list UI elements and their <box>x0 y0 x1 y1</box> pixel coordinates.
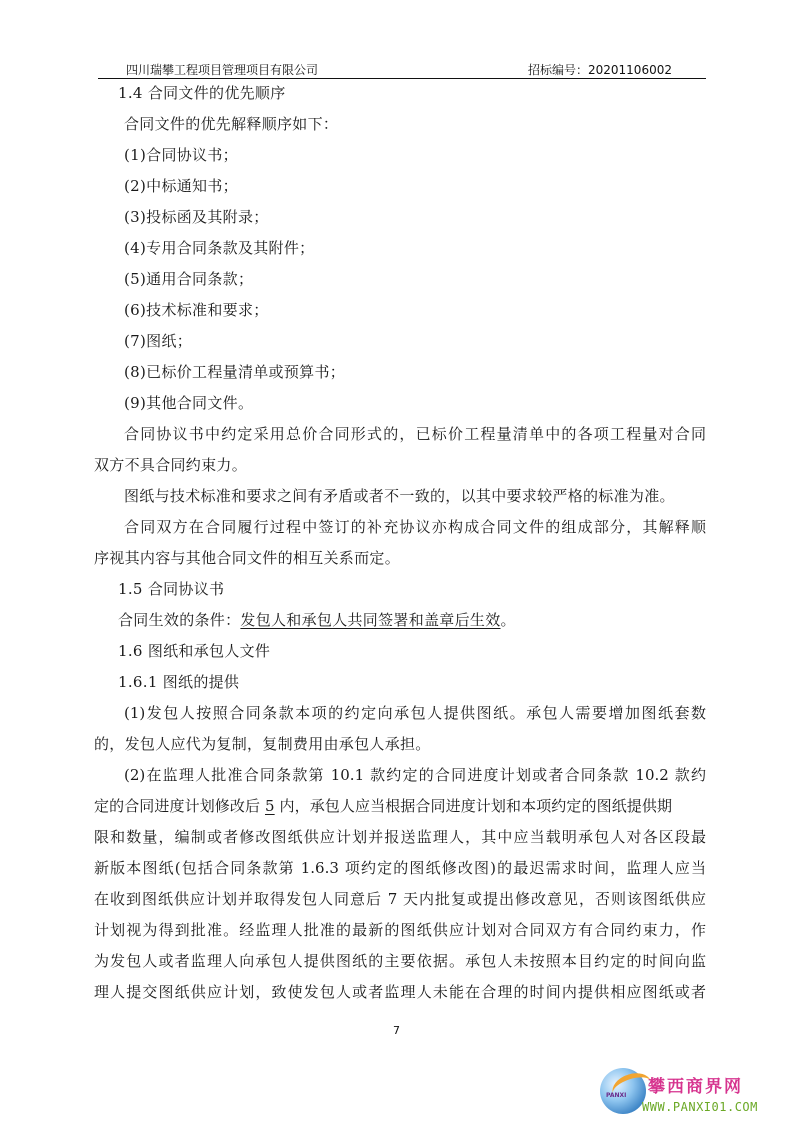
priority-item-6: (6)技术标准和要求； <box>94 295 706 326</box>
priority-item-9: (9)其他合同文件。 <box>94 388 706 419</box>
paragraph-line: 双方不具合同约束力。 <box>94 450 706 481</box>
paragraph-line: 理人提交图纸供应计划，致使发包人或者监理人未能在合理的时间内提供相应图纸或者 <box>94 977 706 1008</box>
logo-text: PANXI <box>606 1092 626 1099</box>
paragraph-line: 定的合同进度计划修改后 5 内，承包人应当根据合同进度计划和本项约定的图纸提供期 <box>94 791 706 822</box>
days-value: 5 <box>265 797 275 815</box>
condition-end: 。 <box>501 611 516 629</box>
section-heading-1-6-1: 1.6.1 图纸的提供 <box>94 667 706 698</box>
text-fragment: 内，承包人应当根据合同进度计划和本项约定的图纸提供期 <box>275 797 672 815</box>
paragraph-line: 图纸与技术标准和要求之间有矛盾或者不一致的，以其中要求较严格的标准为准。 <box>94 481 706 512</box>
priority-item-7: (7)图纸； <box>94 326 706 357</box>
priority-item-3: (3)投标函及其附录； <box>94 202 706 233</box>
paragraph-line: 新版本图纸(包括合同条款第 1.6.3 项约定的图纸修改图)的最迟需求时间，监理… <box>94 853 706 884</box>
priority-intro: 合同文件的优先解释顺序如下： <box>94 109 706 140</box>
priority-item-4: (4)专用合同条款及其附件； <box>94 233 706 264</box>
site-url: WWW.PANXI01.COM <box>642 1100 758 1114</box>
section-heading-1-5: 1.5 合同协议书 <box>94 574 706 605</box>
effective-condition: 合同生效的条件：发包人和承包人共同签署和盖章后生效。 <box>94 605 706 636</box>
priority-item-5: (5)通用合同条款； <box>94 264 706 295</box>
paragraph-line: (2)在监理人批准合同条款第 10.1 款约定的合同进度计划或者合同条款 10.… <box>94 760 706 791</box>
text-fragment: 定的合同进度计划修改后 <box>94 797 265 815</box>
paragraph-line: (1)发包人按照合同条款本项的约定向承包人提供图纸。承包人需要增加图纸套数 <box>94 698 706 729</box>
priority-item-1: (1)合同协议书； <box>94 140 706 171</box>
paragraph-line: 限和数量，编制或者修改图纸供应计划并报送监理人，其中应当载明承包人对各区段最 <box>94 822 706 853</box>
section-heading-1-6: 1.6 图纸和承包人文件 <box>94 636 706 667</box>
paragraph-line: 的，发包人应代为复制，复制费用由承包人承担。 <box>94 729 706 760</box>
page-header: 四川瑞攀工程项目管理项目有限公司 招标编号：20201106002 <box>98 60 706 79</box>
condition-value: 发包人和承包人共同签署和盖章后生效 <box>240 611 500 629</box>
page-number: 7 <box>0 1024 793 1037</box>
paragraph-line: 合同双方在合同履行过程中签订的补充协议亦构成合同文件的组成部分，其解释顺 <box>94 512 706 543</box>
site-name: 攀西商界网 <box>648 1072 743 1097</box>
paragraph-line: 序视其内容与其他合同文件的相互关系而定。 <box>94 543 706 574</box>
site-watermark: PANXI 攀西商界网 WWW.PANXI01.COM <box>600 1068 793 1122</box>
document-body: 1.4 合同文件的优先顺序 合同文件的优先解释顺序如下： (1)合同协议书； (… <box>94 78 706 1008</box>
paragraph-line: 为发包人或者监理人向承包人提供图纸的主要依据。承包人未按照本目约定的时间向监 <box>94 946 706 977</box>
paragraph-line: 合同协议书中约定采用总价合同形式的，已标价工程量清单中的各项工程量对合同 <box>94 419 706 450</box>
paragraph-line: 在收到图纸供应计划并取得发包人同意后 7 天内批复或提出修改意见，否则该图纸供应 <box>94 884 706 915</box>
condition-label: 合同生效的条件： <box>118 611 240 629</box>
bid-number: 招标编号：20201106002 <box>528 61 672 78</box>
section-heading-1-4: 1.4 合同文件的优先顺序 <box>94 78 706 109</box>
priority-item-8: (8)已标价工程量清单或预算书； <box>94 357 706 388</box>
company-name: 四川瑞攀工程项目管理项目有限公司 <box>126 61 318 78</box>
paragraph-line: 计划视为得到批准。经监理人批准的最新的图纸供应计划对合同双方有合同约束力，作 <box>94 915 706 946</box>
priority-item-2: (2)中标通知书； <box>94 171 706 202</box>
